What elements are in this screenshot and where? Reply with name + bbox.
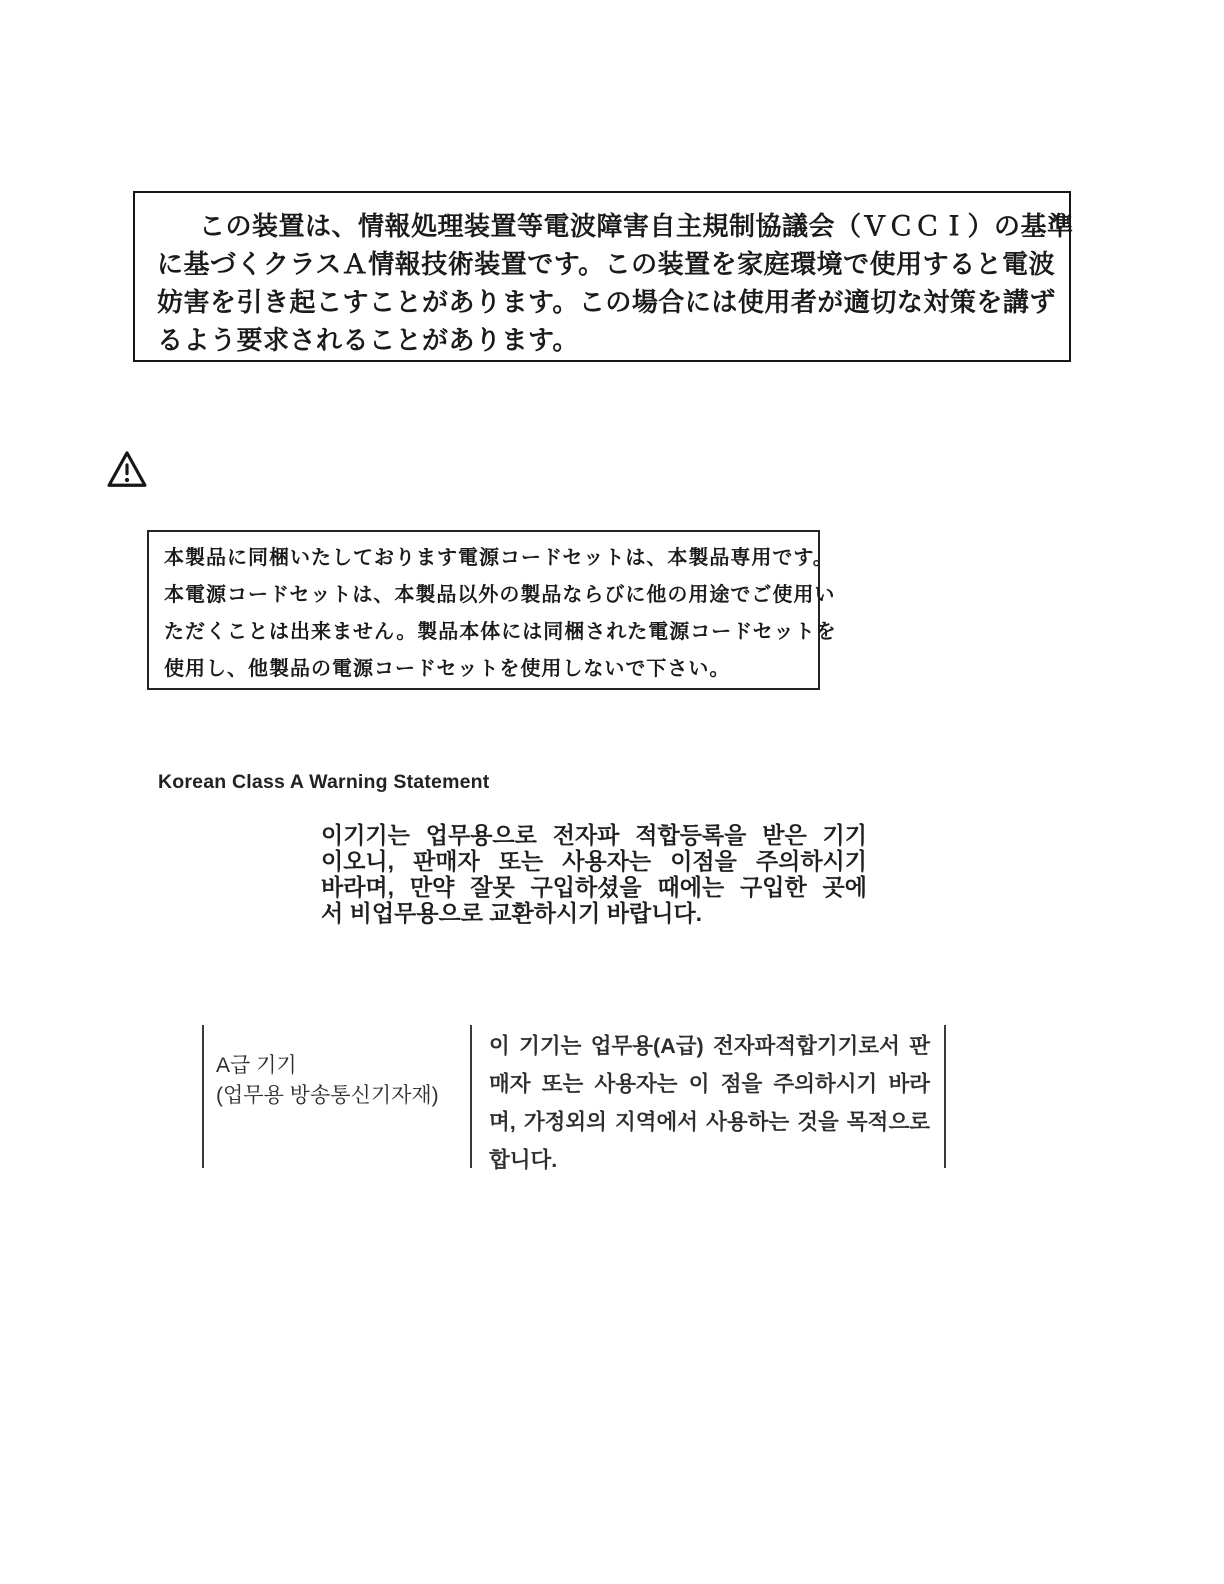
- device-class-sublabel: (업무용 방송통신기자재): [216, 1081, 462, 1111]
- power-cord-line: 本製品に同梱いたしております電源コードセットは、本製品専用です。: [164, 540, 804, 577]
- korean-notice-line: 서 비업무용으로 교환하시기 바랍니다.: [321, 900, 867, 926]
- korean-notice-line: 이기기는 업무용으로 전자파 적합등록을 받은 기기: [321, 822, 867, 848]
- table-description-line: 며, 가정외의 지역에서 사용하는 것을 목적으로: [489, 1103, 930, 1141]
- table-cell-description: 이 기기는 업무용(A급) 전자파적합기기로서 판 매자 또는 사용자는 이 점…: [472, 1025, 944, 1168]
- vcci-statement-box: この装置は、情報処理装置等電波障害自主規制協議会（ＶＣＣＩ）の基準 に基づくクラ…: [133, 191, 1071, 362]
- power-cord-notice-box: 本製品に同梱いたしております電源コードセットは、本製品専用です。 本電源コードセ…: [147, 530, 820, 690]
- table-description-line: 매자 또는 사용자는 이 점을 주의하시기 바라: [489, 1065, 930, 1103]
- korean-notice-block: 이기기는 업무용으로 전자파 적합등록을 받은 기기 이오니, 판매자 또는 사…: [321, 822, 867, 926]
- vcci-statement-line: るよう要求されることがあります。: [157, 321, 1049, 359]
- korean-class-table: A급 기기 (업무용 방송통신기자재) 이 기기는 업무용(A급) 전자파적합기…: [202, 1025, 946, 1168]
- power-cord-line: 使用し、他製品の電源コードセットを使用しないで下さい。: [164, 651, 804, 688]
- table-description-line: 합니다.: [489, 1141, 930, 1179]
- device-class-label: A급 기기: [216, 1051, 462, 1081]
- vcci-statement-line: に基づくクラスＡ情報技術装置です。この装置を家庭環境で使用すると電波: [157, 245, 1049, 283]
- korean-warning-heading: Korean Class A Warning Statement: [158, 771, 489, 794]
- table-description-line: 이 기기는 업무용(A급) 전자파적합기기로서 판: [489, 1027, 930, 1065]
- vcci-statement-line: 妨害を引き起こすことがあります。この場合には使用者が適切な対策を講ず: [157, 283, 1049, 321]
- table-cell-device-class: A급 기기 (업무용 방송통신기자재): [204, 1025, 472, 1168]
- power-cord-line: 本電源コードセットは、本製品以外の製品ならびに他の用途でご使用い: [164, 577, 804, 614]
- korean-notice-line: 이오니, 판매자 또는 사용자는 이점을 주의하시기: [321, 848, 867, 874]
- power-cord-line: ただくことは出来ません。製品本体には同梱された電源コードセットを: [164, 614, 804, 651]
- vcci-statement-line: この装置は、情報処理装置等電波障害自主規制協議会（ＶＣＣＩ）の基準: [157, 207, 1049, 245]
- document-page: この装置は、情報処理装置等電波障害自主規制協議会（ＶＣＣＩ）の基準 に基づくクラ…: [0, 0, 1224, 1584]
- korean-notice-line: 바라며, 만약 잘못 구입하셨을 때에는 구입한 곳에: [321, 874, 867, 900]
- warning-triangle-icon: [106, 449, 148, 490]
